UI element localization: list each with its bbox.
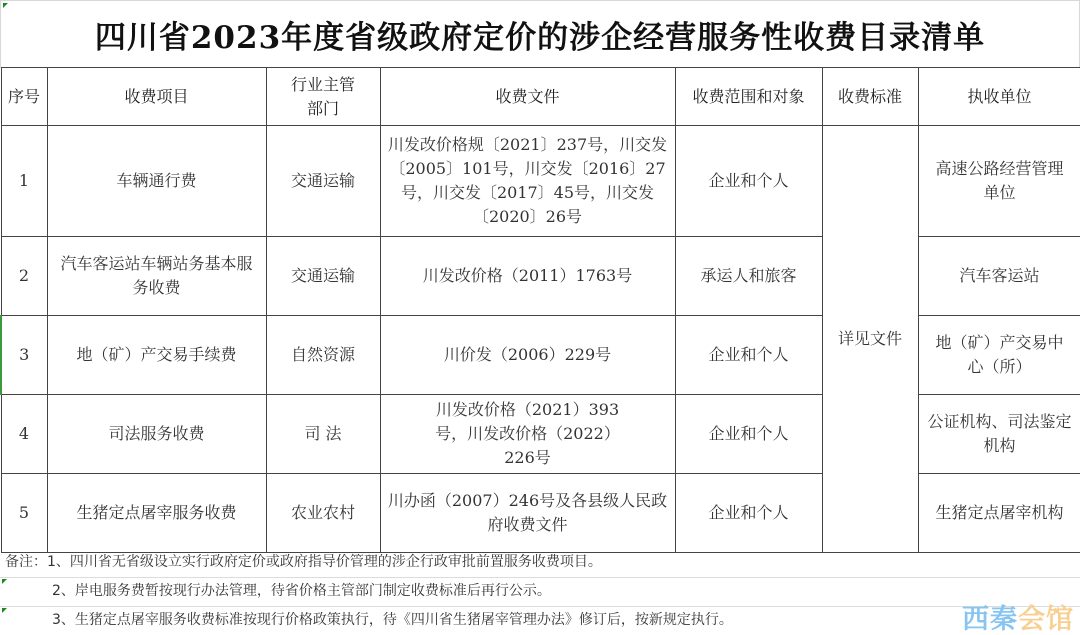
cell-document[interactable]: 川发改价格（2011）1763号 [380,237,675,316]
note-text: 2、岸电服务费暂按现行办法管理，待省价格主管部门制定收费标准后再行公示。 [52,578,551,605]
cell-comment-marker-icon [2,579,7,584]
cell-seq[interactable]: 4 [1,395,47,474]
table-row: 3 地（矿）产交易手续费 自然资源 川价发（2006）229号 企业和个人 地（… [1,316,1080,395]
notes-section: 备注：1、四川省无省级设立实行政府定价或政府指导价管理的涉企行政审批前置服务收费… [0,549,1080,635]
cell-seq[interactable]: 5 [1,474,47,553]
header-document[interactable]: 收费文件 [380,68,675,126]
header-collector[interactable]: 执收单位 [918,68,1080,126]
watermark-part2: 会馆 [1018,604,1074,635]
cell-dept[interactable]: 交通运输 [266,237,380,316]
cell-document[interactable]: 川价发（2006）229号 [380,316,675,395]
cell-document[interactable]: 川发改价格规〔2021〕237号，川交发〔2005〕101号，川交发〔2016〕… [380,126,675,237]
header-dept-line1: 行业主管 [273,73,374,97]
note-line-1[interactable]: 备注：1、四川省无省级设立实行政府定价或政府指导价管理的涉企行政审批前置服务收费… [0,549,1080,578]
note-text: 3、生猪定点屠宰服务收费标准按现行价格政策执行，待《四川省生猪屠宰管理办法》修订… [52,607,733,634]
note-line-2[interactable]: 2、岸电服务费暂按现行办法管理，待省价格主管部门制定收费标准后再行公示。 [0,578,1080,607]
cell-document[interactable]: 川办函（2007）246号及各县级人民政府收费文件 [380,474,675,553]
cell-scope[interactable]: 企业和个人 [675,395,822,474]
cell-dept[interactable]: 自然资源 [266,316,380,395]
cell-scope[interactable]: 企业和个人 [675,126,822,237]
cell-seq[interactable]: 1 [1,126,47,237]
table-header-row: 序号 收费项目 行业主管 部门 收费文件 收费范围和对象 收费标准 执收单位 [1,68,1080,126]
header-dept[interactable]: 行业主管 部门 [266,68,380,126]
header-scope[interactable]: 收费范围和对象 [675,68,822,126]
header-dept-line2: 部门 [273,97,374,121]
cell-dept[interactable]: 司 法 [266,395,380,474]
cell-scope[interactable]: 企业和个人 [675,474,822,553]
table-row: 1 车辆通行费 交通运输 川发改价格规〔2021〕237号，川交发〔2005〕1… [1,126,1080,237]
cell-comment-marker-icon [3,3,8,8]
cell-document[interactable]: 川发改价格（2021）393号，川发改价格（2022）226号 [380,395,675,474]
watermark-logo: 西秦会馆 [962,597,1074,635]
fee-catalog-table: 序号 收费项目 行业主管 部门 收费文件 收费范围和对象 收费标准 执收单位 1… [0,67,1080,553]
cell-collector[interactable]: 公证机构、司法鉴定机构 [918,395,1080,474]
cell-collector[interactable]: 高速公路经营管理单位 [918,126,1080,237]
page-title: 四川省2023年度省级政府定价的涉企经营服务性收费目录清单 [95,12,985,57]
note-line-3[interactable]: 3、生猪定点屠宰服务收费标准按现行价格政策执行，待《四川省生猪屠宰管理办法》修订… [0,607,1080,635]
cell-seq[interactable]: 3 [1,316,47,395]
spreadsheet-page: 四川省2023年度省级政府定价的涉企经营服务性收费目录清单 序号 收费项目 行业… [0,0,1080,635]
cell-item[interactable]: 汽车客运站车辆站务基本服务收费 [47,237,266,316]
cell-scope[interactable]: 承运人和旅客 [675,237,822,316]
cell-item[interactable]: 车辆通行费 [47,126,266,237]
table-row: 4 司法服务收费 司 法 川发改价格（2021）393号，川发改价格（2022）… [1,395,1080,474]
header-item[interactable]: 收费项目 [47,68,266,126]
header-standard[interactable]: 收费标准 [822,68,918,126]
cell-standard-merged[interactable]: 详见文件 [822,126,918,553]
cell-collector[interactable]: 生猪定点屠宰机构 [918,474,1080,553]
cell-item[interactable]: 生猪定点屠宰服务收费 [47,474,266,553]
cell-seq[interactable]: 2 [1,237,47,316]
cell-comment-marker-icon [2,608,7,613]
cell-collector[interactable]: 汽车客运站 [918,237,1080,316]
cell-scope[interactable]: 企业和个人 [675,316,822,395]
cell-collector[interactable]: 地（矿）产交易中心（所） [918,316,1080,395]
cell-item[interactable]: 地（矿）产交易手续费 [47,316,266,395]
cell-item[interactable]: 司法服务收费 [47,395,266,474]
table-row: 2 汽车客运站车辆站务基本服务收费 交通运输 川发改价格（2011）1763号 … [1,237,1080,316]
cell-dept[interactable]: 交通运输 [266,126,380,237]
table-row: 5 生猪定点屠宰服务收费 农业农村 川办函（2007）246号及各县级人民政府收… [1,474,1080,553]
note-text: 备注：1、四川省无省级设立实行政府定价或政府指导价管理的涉企行政审批前置服务收费… [5,549,602,576]
watermark-part1: 西秦 [962,604,1018,635]
title-cell[interactable]: 四川省2023年度省级政府定价的涉企经营服务性收费目录清单 [0,0,1080,68]
cell-dept[interactable]: 农业农村 [266,474,380,553]
header-seq[interactable]: 序号 [1,68,47,126]
